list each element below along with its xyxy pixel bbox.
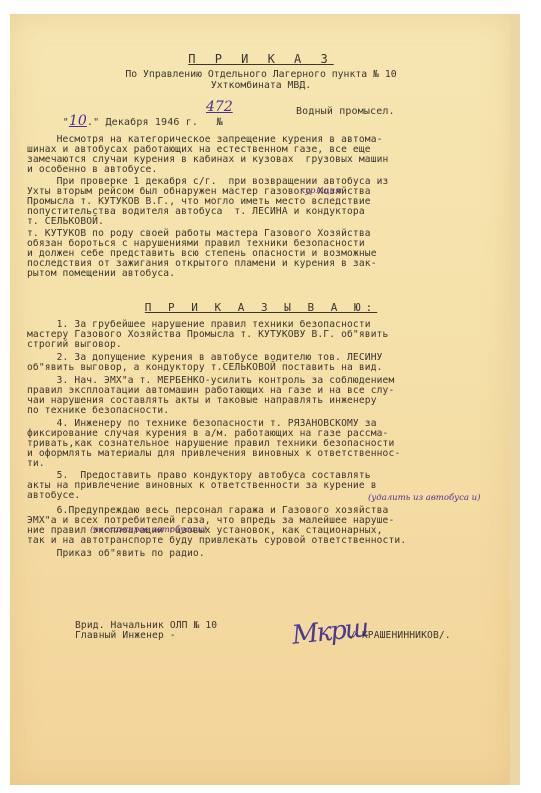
text-line: т. СЕЛЬКОВОЙ.	[27, 217, 104, 227]
text-line: Приказ об"явить по радио.	[27, 549, 205, 559]
handwritten-insertion-1: курящим	[300, 186, 342, 196]
signature-title-2: Главный Инженер -	[75, 631, 176, 641]
document-page: П Р И К А З По Управлению Отдельного Лаг…	[10, 14, 512, 785]
text-line: ти.	[27, 459, 45, 469]
text-line: так и на автотранспорте буду привлекать …	[27, 536, 406, 546]
text-line: об"явить выговор, а кондуктору т.СЕЛЬКОВ…	[27, 363, 383, 373]
place: Водный промысел.	[296, 107, 395, 117]
signatory-name: / КРАШЕНИННИКОВ/.	[350, 631, 451, 641]
order-number: 472	[206, 99, 233, 115]
order-heading: П Р И К А З Ы В А Ю:	[10, 301, 512, 314]
handwritten-insertion-3: (пассажиров автобуса и)	[90, 525, 206, 535]
text-line: и оформлять материалы для привлечения ви…	[27, 449, 400, 459]
text-line: автобусе.	[27, 491, 80, 501]
document-title: П Р И К А З	[10, 52, 512, 66]
date-rest: ." Декабря 1946 г. №	[87, 117, 223, 128]
date-day: 10	[69, 113, 87, 129]
text-line: и особенно в автобусе.	[27, 165, 157, 175]
text-line: рытом помещении автобуса.	[27, 269, 175, 279]
document-subtitle-2: Ухткомбината МВД.	[10, 80, 512, 91]
document-subtitle-1: По Управлению Отдельного Лагерного пункт…	[10, 69, 512, 80]
handwritten-insertion-2: (удалить из автобуса и)	[368, 493, 480, 503]
text-line: по технике безопасности.	[27, 406, 169, 416]
text-line: строгий выговор.	[27, 340, 122, 350]
